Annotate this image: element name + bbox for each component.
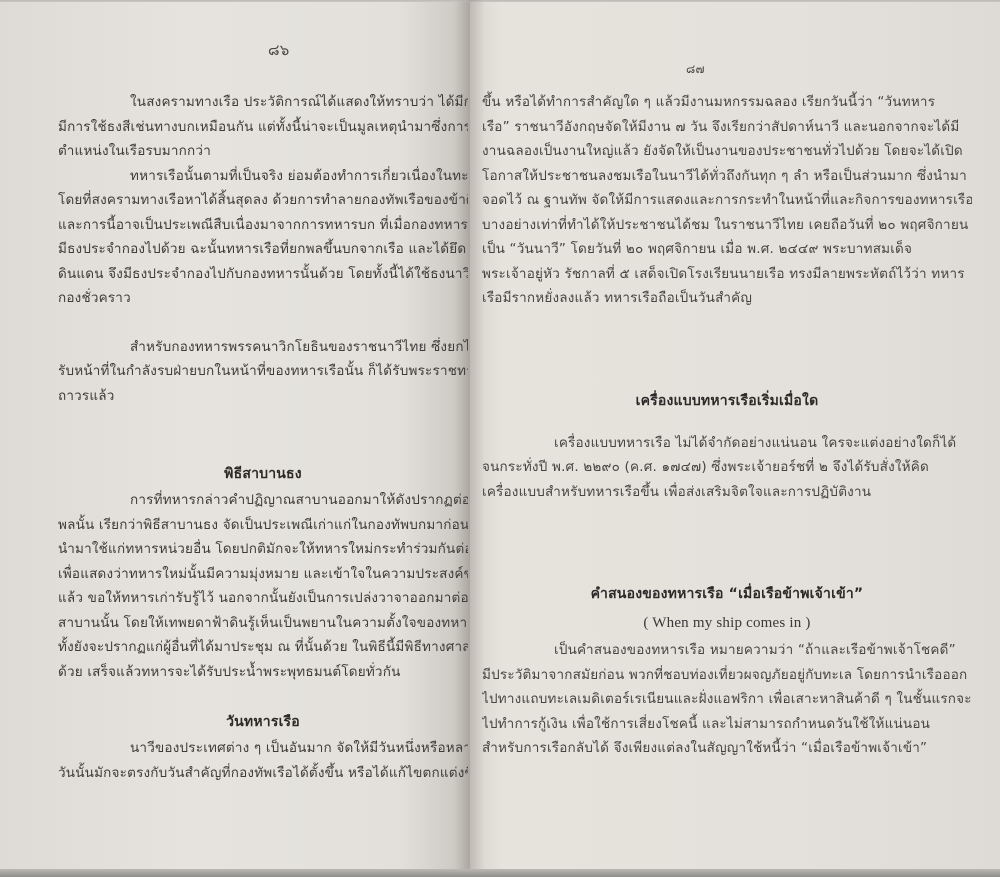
text-line: โอกาสให้ประชาชนลงชมเรือในนาวีได้ทั่วถึงก… [482,164,972,189]
text-line: ด้วย เสร็จแล้วทหารจะได้รับประน้ำพระพุทธม… [58,660,468,685]
text-line: แล้ว ขอให้ทหารเก่ารับรู้ไว้ นอกจากนั้นยั… [58,586,468,611]
text-line: ทหารเรือนั้นตามที่เป็นจริง ย่อมต้องทำการ… [58,164,468,189]
text-line: สำหรับกองทหารพรรคนาวิกโยธินของราชนาวีไทย… [58,335,468,360]
text-line: งานฉลองเป็นงานใหญ่แล้ว ยังจัดให้เป็นงานข… [482,139,972,164]
right-page-number: ๘๗ [686,60,705,79]
english-subtitle: ( When my ship comes in ) [482,608,972,638]
text-line: โดยที่สงครามทางเรือหาได้สิ้นสุดลง ด้วยกา… [58,188,468,213]
text-line: เรือมีรากหยั่งลงแล้ว ทหารเรือถือเป็นวันส… [482,286,972,311]
text-line: ไปทางแถบทะเลเมดิเตอร์เรเนียนและฝั่งแอฟริ… [482,687,972,712]
text-line: ตำแหน่งในเรือรบมากกว่า [58,139,468,164]
book-bottom-edge [0,869,1000,877]
text-line: เป็นคำสนองของทหารเรือ หมายความว่า “ถ้าแล… [482,638,972,663]
text-line: พระเจ้าอยู่หัว รัชกาลที่ ๕ เสด็จเปิดโรงเ… [482,262,972,287]
text-line: ทั้งยังจะปรากฏแก่ผู้อื่นที่ได้มาประชุม ณ… [58,635,468,660]
text-line: เป็น “วันนาวี” โดยวันที่ ๒๐ พฤศจิกายน เม… [482,237,972,262]
text-line: จนกระทั่งปี พ.ศ. ๒๒๙๐ (ค.ศ. ๑๗๔๗) ซึ่งพร… [482,455,972,480]
text-line: ถาวรแล้ว [58,384,468,409]
text-line: สำหรับการเรือกลับได้ จึงเพียงแต่ลงในสัญญ… [482,736,972,761]
text-line: พลนั้น เรียกว่าพิธีสาบานธง จัดเป็นประเพณ… [58,513,468,538]
section-heading-oath-ceremony: พิธีสาบานธง [58,460,468,488]
text-line: นาวีของประเทศต่าง ๆ เป็นอันมาก จัดให้มีว… [58,736,468,761]
text-line: มีการใช้ธงสีเช่นทางบกเหมือนกัน แต่ทั้งนี… [58,115,468,140]
left-page: ๘๖ ในสงครามทางเรือ ประวัติการณ์ได้แสดงให… [0,2,470,872]
text-line: มีธงประจำกองไปด้วย ฉะนั้นทหารเรือที่ยกพล… [58,237,468,262]
right-page: ๘๗ ขึ้น หรือได้ทำการสำคัญใด ๆ แล้วมีงานม… [470,2,1000,872]
text-line: จอดไว้ ณ ฐานทัพ จัดให้มีการแสดงและการกระ… [482,188,972,213]
text-line: เรือ” ราชนาวีอังกฤษจัดให้มีงาน ๗ วัน จึง… [482,115,972,140]
text-line: กองชั่วคราว [58,286,468,311]
text-line: มีประวัติมาจากสมัยก่อน พวกที่ชอบท่องเที่… [482,663,972,688]
text-line: เพื่อแสดงว่าทหารใหม่นั้นมีความมุ่งหมาย แ… [58,562,468,587]
section-heading-sailor-reply: คำสนองของทหารเรือ “เมื่อเรือข้าพเจ้าเข้า… [482,580,972,608]
text-line: และการนี้อาจเป็นประเพณีสืบเนื่องมาจากการ… [58,213,468,238]
text-line: เครื่องแบบสำหรับทหารเรือขึ้น เพื่อส่งเสร… [482,480,972,505]
text-line: ในสงครามทางเรือ ประวัติการณ์ได้แสดงให้ทร… [58,90,468,115]
text-line: บางอย่างเท่าที่ทำได้ให้ประชาชนได้ชม ในรา… [482,213,972,238]
text-line: ขึ้น หรือได้ทำการสำคัญใด ๆ แล้วมีงานมหกร… [482,90,972,115]
right-page-body: ขึ้น หรือได้ทำการสำคัญใด ๆ แล้วมีงานมหกร… [482,90,972,761]
text-line: การที่ทหารกล่าวคำปฏิญาณสาบานออกมาให้ดังป… [58,488,468,513]
left-page-number: ๘๖ [268,38,290,62]
section-heading-uniform: เครื่องแบบทหารเรือเริ่มเมื่อใด [482,387,972,415]
text-line: รับหน้าที่ในกำลังรบฝ่ายบกในหน้าที่ของทหา… [58,359,468,384]
text-line: ดินแดน จึงมีธงประจำกองไปกับกองทหารนั้นด้… [58,262,468,287]
left-page-body: ในสงครามทางเรือ ประวัติการณ์ได้แสดงให้ทร… [58,90,468,785]
text-line: นำมาใช้แก่ทหารหน่วยอื่น โดยปกติมักจะให้ท… [58,537,468,562]
text-line: สาบานนั้น โดยให้เทพยดาฟ้าดินรู้เห็นเป็นพ… [58,611,468,636]
section-heading-navy-day: วันทหารเรือ [58,708,468,736]
text-line: วันนั้นมักจะตรงกับวันสำคัญที่กองทัพเรือไ… [58,761,468,786]
text-line: เครื่องแบบทหารเรือ ไม่ได้จำกัดอย่างแน่นอ… [482,431,972,456]
text-line: ไปทำการกู้เงิน เพื่อใช้การเสี่ยงโชคนี้ แ… [482,712,972,737]
